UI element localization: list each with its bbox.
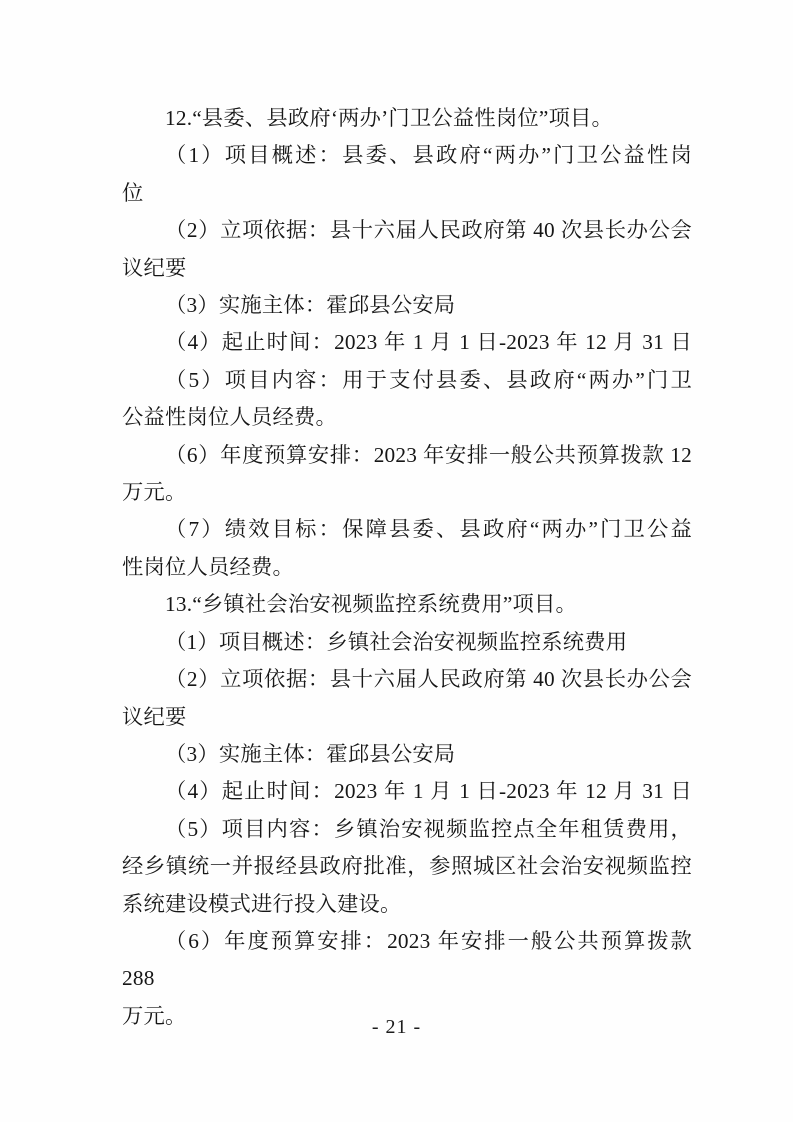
item-13-content-line-2: 经乡镇统一并报经县政府批准，参照城区社会治安视频监控 bbox=[122, 848, 692, 885]
item-13-content-line-1: （5）项目内容：乡镇治安视频监控点全年租赁费用， bbox=[122, 811, 692, 848]
item-12-title: 12.“县委、县政府‘两办’门卫公益性岗位”项目。 bbox=[122, 100, 692, 137]
item-12-basis-line-1: （2）立项依据：县十六届人民政府第 40 次县长办公会 bbox=[122, 212, 692, 249]
item-12-target-line-2: 性岗位人员经费。 bbox=[122, 549, 692, 586]
item-12-overview-line-2: 位 bbox=[122, 175, 692, 212]
item-13-content-line-3: 系统建设模式进行投入建设。 bbox=[122, 886, 692, 923]
item-12-period: （4）起止时间：2023 年 1 月 1 日-2023 年 12 月 31 日 bbox=[122, 324, 692, 361]
item-12-budget-line-1: （6）年度预算安排：2023 年安排一般公共预算拨款 12 bbox=[122, 437, 692, 474]
document-page: 12.“县委、县政府‘两办’门卫公益性岗位”项目。 （1）项目概述：县委、县政府… bbox=[0, 0, 793, 1122]
item-13-budget-line-1: （6）年度预算安排：2023 年安排一般公共预算拨款 288 bbox=[122, 923, 692, 998]
item-12-target-line-1: （7）绩效目标：保障县委、县政府“两办”门卫公益 bbox=[122, 511, 692, 548]
item-13-period: （4）起止时间：2023 年 1 月 1 日-2023 年 12 月 31 日 bbox=[122, 773, 692, 810]
item-13-overview: （1）项目概述：乡镇社会治安视频监控系统费用 bbox=[122, 624, 692, 661]
item-12-content-line-2: 公益性岗位人员经费。 bbox=[122, 399, 692, 436]
document-body: 12.“县委、县政府‘两办’门卫公益性岗位”项目。 （1）项目概述：县委、县政府… bbox=[122, 100, 692, 1035]
item-12-budget-line-2: 万元。 bbox=[122, 474, 692, 511]
item-13-basis-line-1: （2）立项依据：县十六届人民政府第 40 次县长办公会 bbox=[122, 661, 692, 698]
item-12-implementer: （3）实施主体：霍邱县公安局 bbox=[122, 287, 692, 324]
item-12-basis-line-2: 议纪要 bbox=[122, 250, 692, 287]
item-13-title: 13.“乡镇社会治安视频监控系统费用”项目。 bbox=[122, 586, 692, 623]
item-13-implementer: （3）实施主体：霍邱县公安局 bbox=[122, 736, 692, 773]
page-number: - 21 - bbox=[0, 1013, 793, 1041]
item-13-basis-line-2: 议纪要 bbox=[122, 699, 692, 736]
item-12-content-line-1: （5）项目内容：用于支付县委、县政府“两办”门卫 bbox=[122, 362, 692, 399]
item-12-overview-line-1: （1）项目概述：县委、县政府“两办”门卫公益性岗 bbox=[122, 137, 692, 174]
